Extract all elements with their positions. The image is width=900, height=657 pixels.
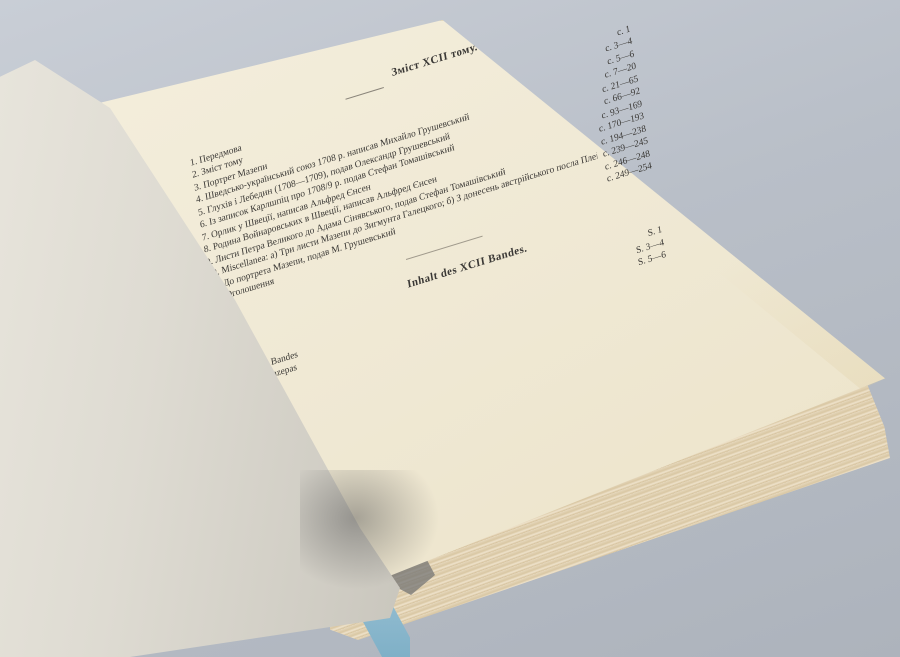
book-photo: Зміст XCII тому. 1. Передмовас. 12. Зміс… (0, 0, 900, 657)
curl-shadow (300, 470, 440, 590)
